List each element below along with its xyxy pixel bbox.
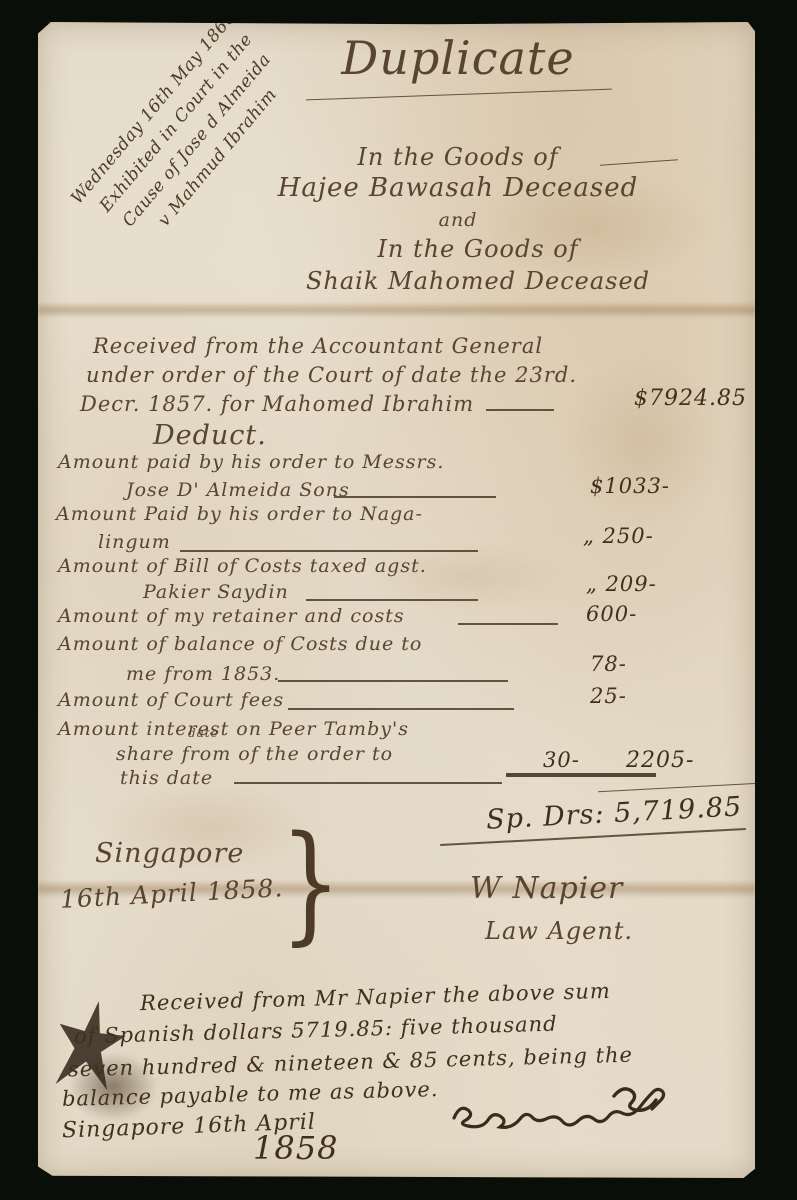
receipt-line: of Spanish dollars 5719.85: five thousan… <box>74 1012 558 1049</box>
native-script-signature <box>446 1074 676 1144</box>
heading-line: In the Goods of <box>278 236 678 264</box>
document-page: Wednesday 16th May 1860. Exhibited in Co… <box>38 22 755 1178</box>
deduction-total: 2205- <box>626 748 694 773</box>
signature-title: Law Agent. <box>485 918 633 946</box>
deduction-line: me from 1853. <box>126 664 280 686</box>
deduction-line: this date <box>120 768 213 790</box>
deduction-amount: 78- <box>590 652 627 676</box>
deduction-line: Jose D' Almeida Sons <box>126 480 350 502</box>
deduction-line: Amount of my retainer and costs <box>58 606 405 628</box>
signature-name: W Napier <box>470 872 623 907</box>
receipt-line: Received from Mr Napier the above sum <box>140 979 611 1015</box>
signature-date: 16th April 1858. <box>59 874 284 914</box>
body-line: Received from the Accountant General <box>93 334 543 358</box>
deduction-line: Pakier Saydin <box>143 582 289 604</box>
title-underline <box>306 89 612 101</box>
body-line: under order of the Court of date the 23r… <box>86 363 577 387</box>
deduction-superscript: date <box>188 727 219 741</box>
deduction-line: Amount interest on Peer Tamby's <box>58 719 409 741</box>
deduction-amount: „ 250- <box>583 524 654 548</box>
deduct-label: Deduct. <box>153 420 267 451</box>
deduction-amount: $1033- <box>590 474 670 498</box>
deduction-line: Amount of Court fees <box>58 690 284 712</box>
deduction-line: lingum <box>98 532 171 554</box>
deduction-amount: 25- <box>590 684 627 708</box>
subtotal-rule <box>506 773 656 777</box>
leader-line <box>278 680 508 682</box>
heading-line: Shaik Mahomed Deceased <box>238 268 718 296</box>
heading-line: In the Goods of <box>258 144 658 172</box>
deduction-line: Amount Paid by his order to Naga- <box>56 504 423 526</box>
leader-line <box>486 409 554 411</box>
fold-crease-upper <box>38 302 755 318</box>
grand-total: Sp. Drs: 5,719.85 <box>485 791 743 835</box>
deduction-line: Amount paid by his order to Messrs. <box>58 452 444 474</box>
deduction-amount: „ 209- <box>586 572 657 596</box>
receipt-year: 1858 <box>253 1130 338 1167</box>
deduction-line: share from of the order to <box>116 744 393 766</box>
deduction-line: Amount of balance of Costs due to <box>58 634 422 656</box>
heading-line: Hajee Bawasah Deceased <box>238 174 678 204</box>
leader-line <box>334 496 496 498</box>
deduction-amount: 600- <box>586 602 637 626</box>
leader-line <box>458 623 558 625</box>
leader-line <box>306 599 478 601</box>
document-title: Duplicate <box>288 32 628 85</box>
received-amount: $7924.85 <box>634 386 747 411</box>
leader-line <box>180 550 478 552</box>
signature-place: Singapore <box>95 838 244 869</box>
curly-brace: } <box>280 820 341 948</box>
leader-line <box>234 782 502 784</box>
heading-line: and <box>258 210 658 232</box>
paper-stain <box>558 352 728 532</box>
leader-line <box>288 708 514 710</box>
deduction-amount: 30- <box>543 748 580 772</box>
deduction-line: Amount of Bill of Costs taxed agst. <box>58 556 427 578</box>
body-line: Decr. 1857. for Mahomed Ibrahim <box>80 392 474 416</box>
